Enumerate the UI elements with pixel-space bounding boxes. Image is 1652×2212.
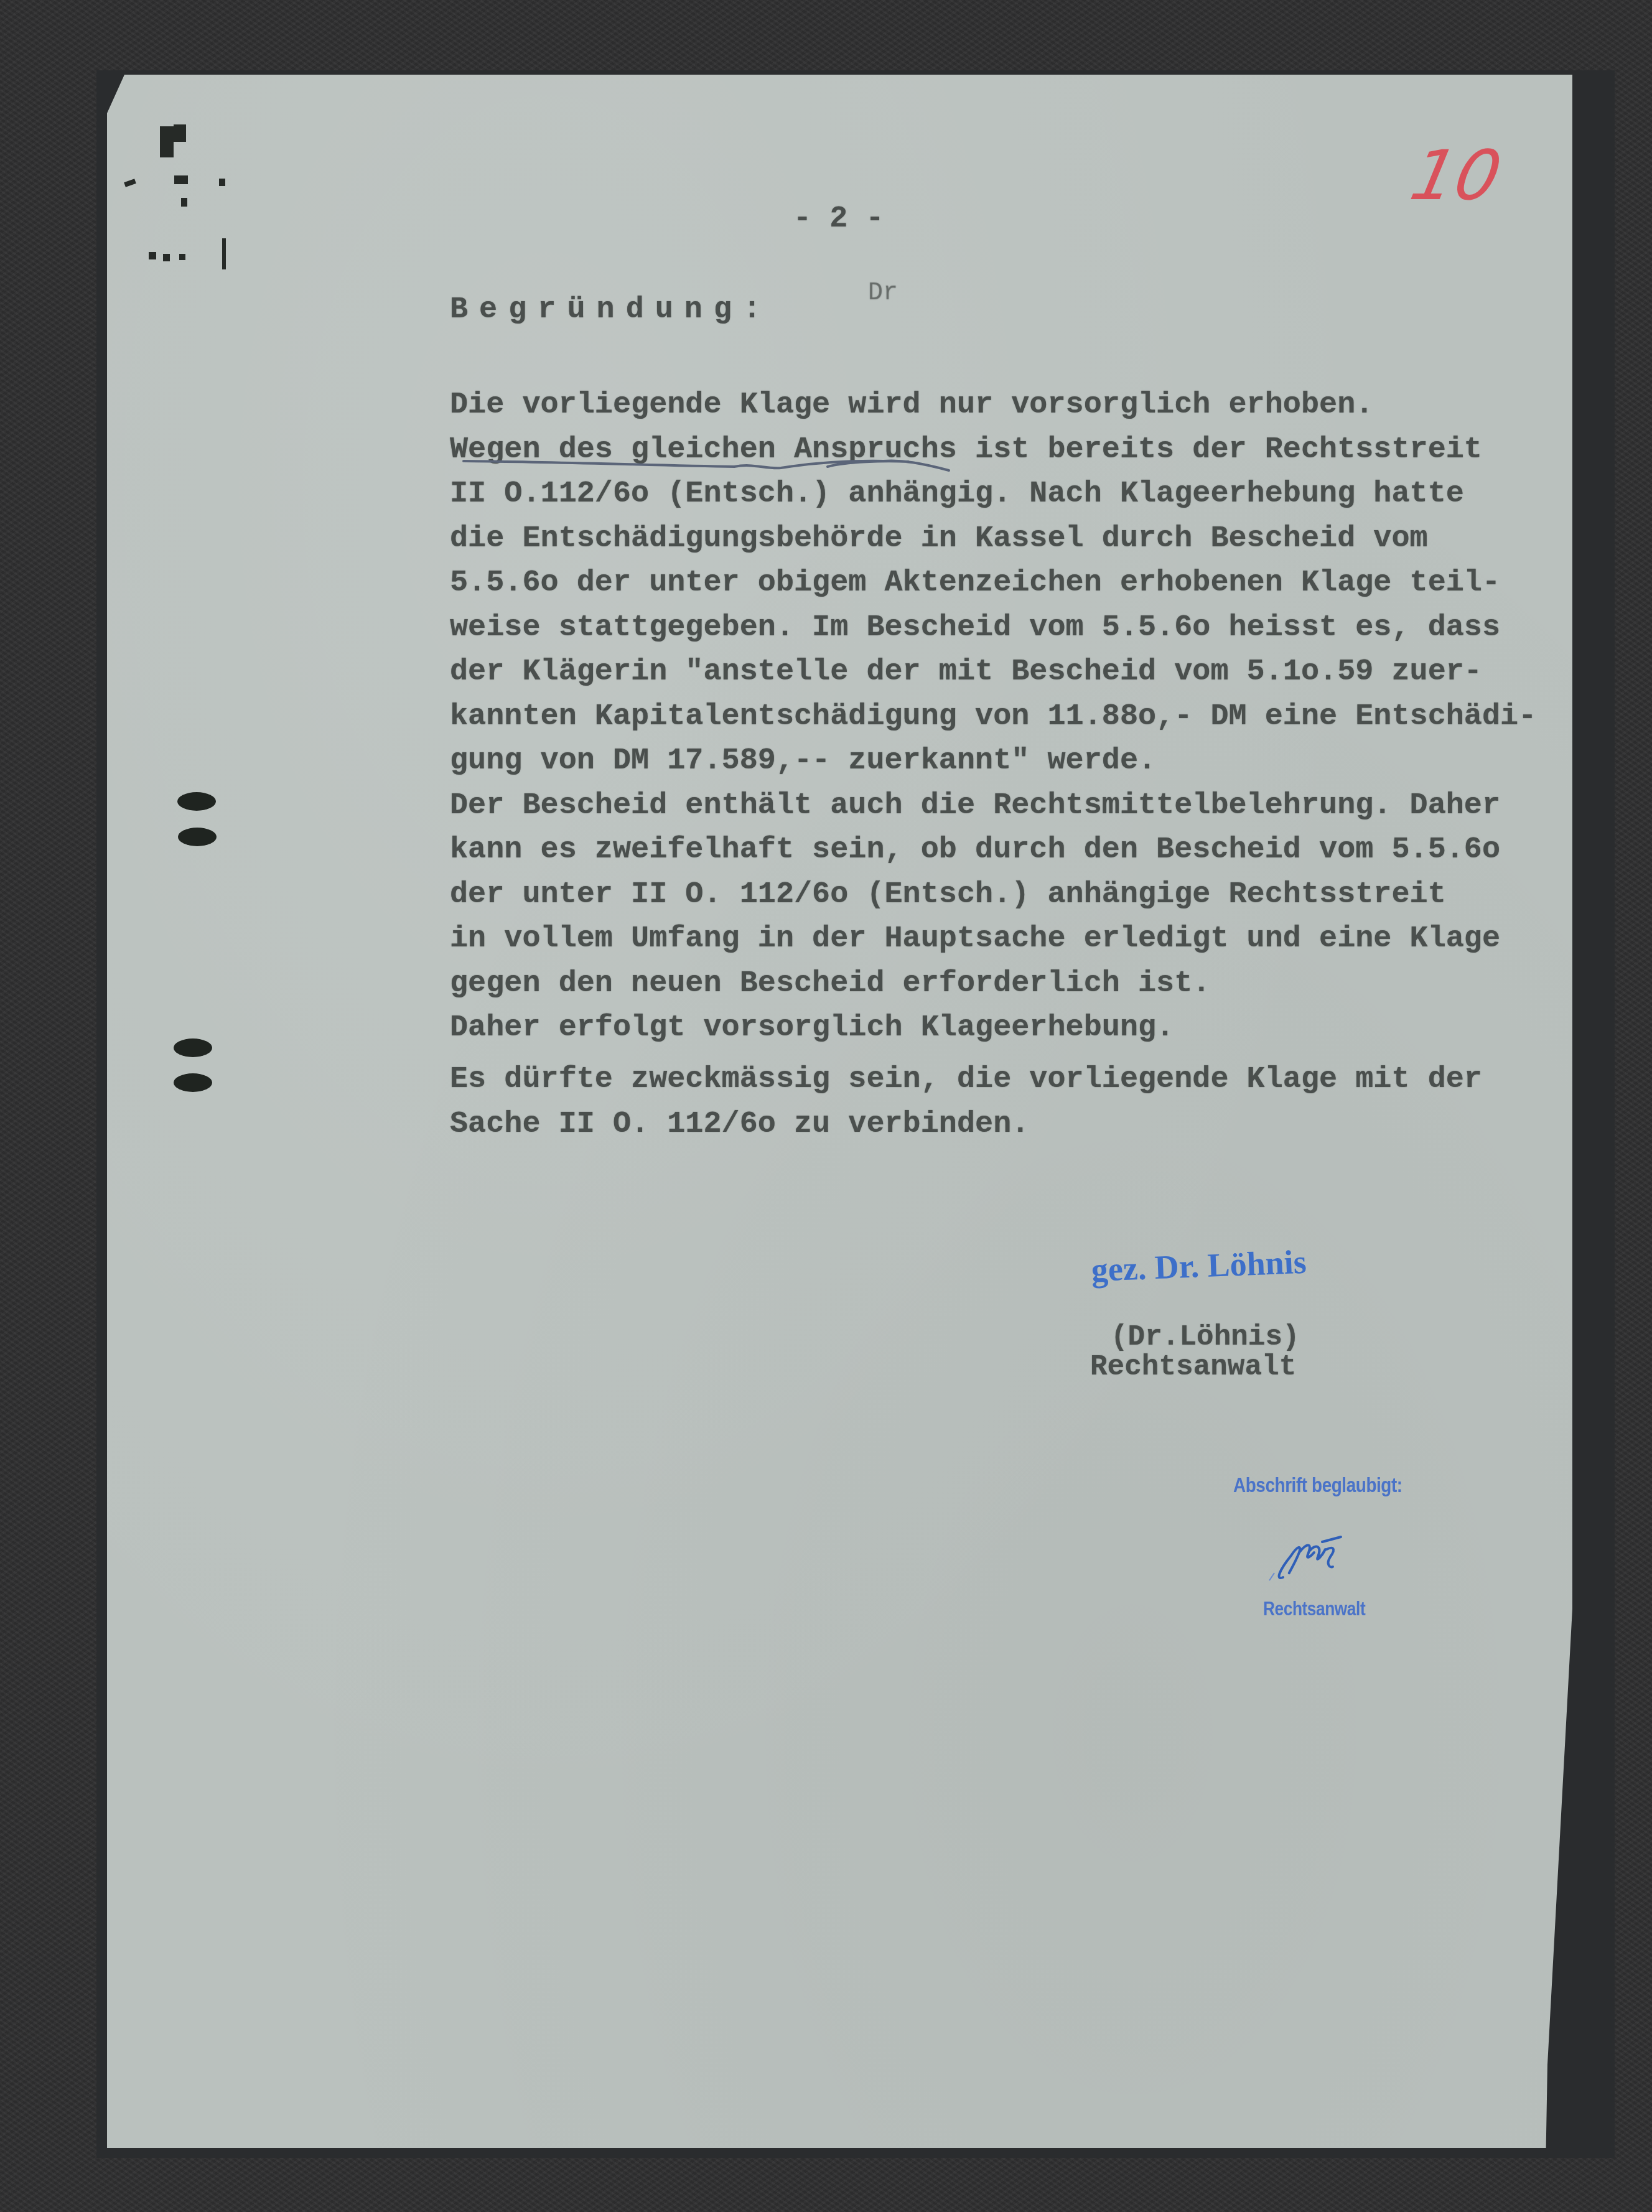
typed-signatory-name: (Dr.Löhnis) <box>1111 1323 1300 1351</box>
certification-stamp-heading: Abschrift beglaubigt: <box>1233 1473 1402 1498</box>
handwritten-initials-icon <box>1263 1518 1363 1587</box>
certification-stamp-title: Rechtsanwalt <box>1263 1597 1365 1620</box>
typed-signatory-title: Rechtsanwalt <box>1090 1353 1296 1381</box>
pen-underline <box>0 0 1652 2212</box>
signature-stamp: gez. Dr. Löhnis <box>1091 1243 1307 1289</box>
